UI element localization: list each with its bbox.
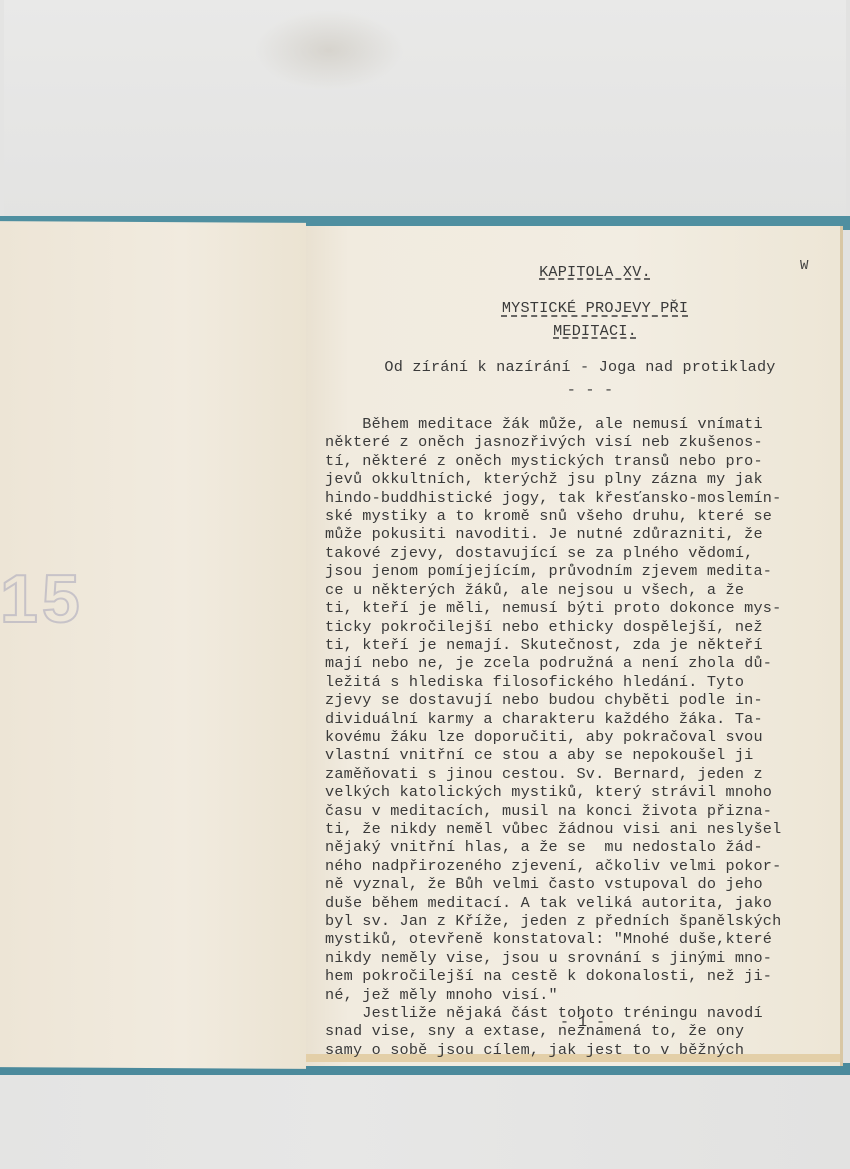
text-line: kovému žáku lze doporučiti, aby pokračov… <box>325 728 835 746</box>
text-line: může pokusiti navoditi. Je nutné zdůrazn… <box>325 525 835 543</box>
text-line: hem pokročilejší na cestě k dokonalosti,… <box>325 967 835 985</box>
text-line: ce u některých žáků, ale nejsou u všech,… <box>325 581 835 599</box>
text-line: ležitá s hlediska filosofického hledání.… <box>325 673 835 691</box>
text-line: ské mystiky a to kromě snů všeho druhu, … <box>325 507 835 525</box>
text-line: mají nebo ne, je zcela podružná a není z… <box>325 654 835 672</box>
text-line: nějaký vnitřní hlas, a že se mu nedostal… <box>325 838 835 856</box>
text-line: ticky pokročilejší nebo ethicky dospělej… <box>325 618 835 636</box>
typewritten-text: KAPITOLA XV. MYSTICKÉ PROJEVY PŘI MEDITA… <box>325 255 835 1059</box>
text-line: dividuální karmy a charakteru každého žá… <box>325 710 835 728</box>
text-line: duše během meditací. A tak veliká autori… <box>325 894 835 912</box>
text-line: hindo-buddhistické jogy, tak křesťansko-… <box>325 489 835 507</box>
text-line: vlastní vnitřní ce stou a aby se nepokou… <box>325 746 835 764</box>
show-through-numerals: 15 <box>0 560 84 638</box>
text-line: ného nadpřirozeného zjevení, ačkoliv vel… <box>325 857 835 875</box>
left-page <box>0 221 306 1069</box>
text-line: času v meditacích, musil na konci života… <box>325 802 835 820</box>
text-line: zaměňovati s jinou cestou. Sv. Bernard, … <box>325 765 835 783</box>
text-line: zjevy se dostavují nebo budou chyběti po… <box>325 691 835 709</box>
separator: - - - <box>345 381 835 399</box>
chapter-subtitle: Od zírání k nazírání - Joga nad protikla… <box>325 358 835 376</box>
text-line: byl sv. Jan z Kříže, jeden z předních šp… <box>325 912 835 930</box>
text-line: mystiků, otevřeně konstatoval: "Mnohé du… <box>325 930 835 948</box>
chapter-heading: KAPITOLA XV. <box>355 263 835 281</box>
chapter-title-line2: MEDITACI. <box>355 322 835 340</box>
page-number: - 1 - <box>560 1014 605 1031</box>
paper-stain <box>254 10 404 90</box>
text-line: nikdy neměly vise, jsou u srovnání s jin… <box>325 949 835 967</box>
text-line: jsou jenom pomíjejícím, průvodním zjevem… <box>325 562 835 580</box>
text-line: Během meditace žák může, ale nemusí vním… <box>325 415 835 433</box>
text-line: samy o sobě jsou cílem, jak jest to v bě… <box>325 1041 835 1059</box>
text-line: ti, kteří je měli, nemusí býti proto dok… <box>325 599 835 617</box>
text-line: některé z oněch jasnozřivých visí neb zk… <box>325 433 835 451</box>
text-line: ně vyznal, že Bůh velmi často vstupoval … <box>325 875 835 893</box>
body-text: Během meditace žák může, ale nemusí vním… <box>325 415 835 1059</box>
text-line: né, jež měly mnoho visí." <box>325 986 835 1004</box>
chapter-title-line1: MYSTICKÉ PROJEVY PŘI <box>355 299 835 317</box>
text-line: tí, některé z oněch mystických transů ne… <box>325 452 835 470</box>
text-line: ti, kteří je nemají. Skutečnost, zda je … <box>325 636 835 654</box>
text-line: velkých katolických mystiků, který stráv… <box>325 783 835 801</box>
text-line: takové zjevy, dostavující se za plného v… <box>325 544 835 562</box>
text-line: ti, že nikdy neměl vůbec žádnou visi ani… <box>325 820 835 838</box>
blank-flyleaf <box>4 0 846 219</box>
text-line: jevů okkultních, kterýchž jsu plny zázna… <box>325 470 835 488</box>
